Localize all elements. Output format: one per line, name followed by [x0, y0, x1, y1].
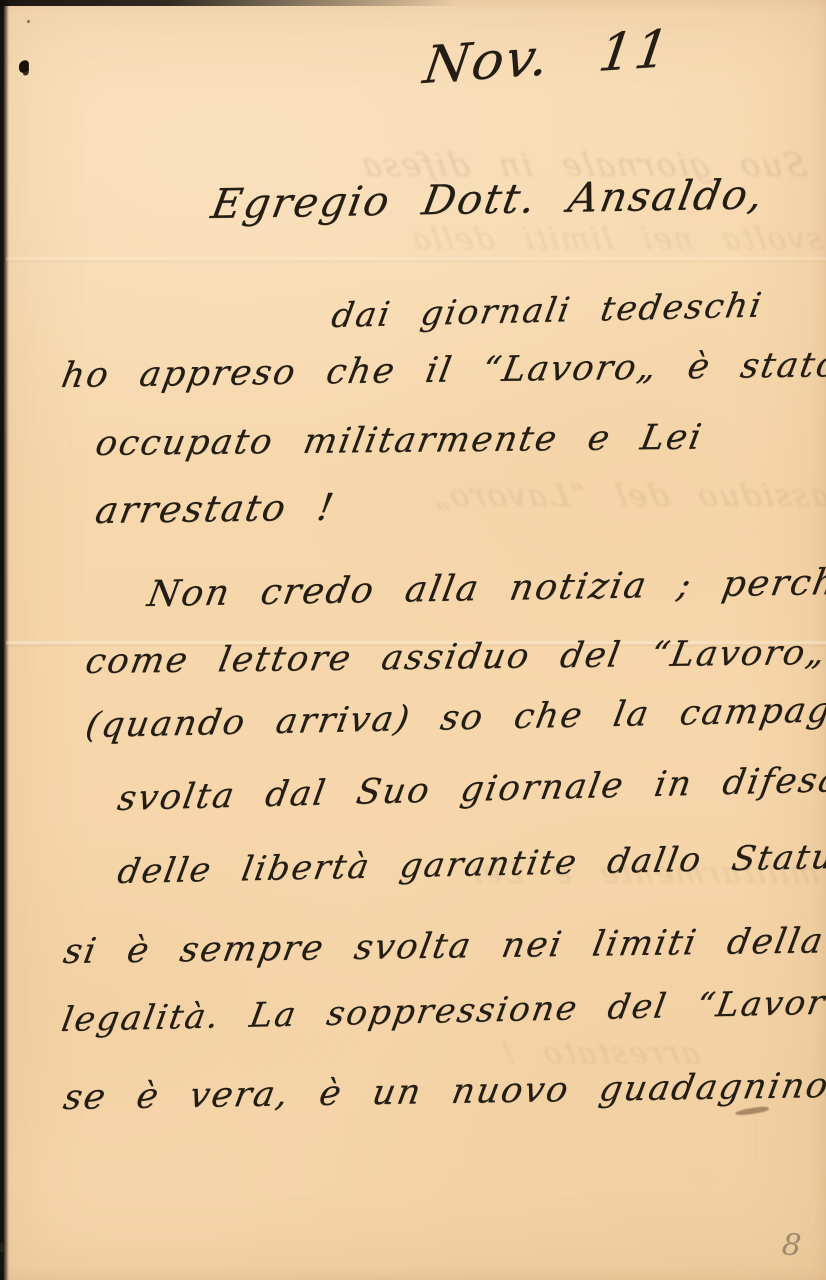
- bleed-through-text: arrestato !: [497, 1036, 703, 1071]
- body-line: se è vera, è un nuovo guadagnino: [60, 1066, 826, 1118]
- body-line: come lettore assiduo del “Lavoro„: [82, 633, 826, 682]
- body-line: dai giornali tedeschi: [329, 286, 766, 336]
- bleed-through-text: come lettore assiduo del “Lavoro„: [427, 478, 826, 514]
- body-line: svolta dal Suo giornale in difesa: [115, 760, 826, 819]
- date-line: Nov. 11: [420, 19, 675, 96]
- body-line: legalità. La soppressione del “Lavoro„,: [59, 982, 826, 1040]
- ink-speck: [0, 1243, 4, 1252]
- bleed-through-text: si è sempre svolta nei limiti della: [407, 222, 826, 257]
- body-line: ho appreso che il “Lavoro„ è stato: [58, 345, 826, 396]
- body-line: delle libertà garantite dallo Statuto: [115, 836, 826, 892]
- ink-speck: [27, 20, 30, 23]
- fold-crease-upper: [6, 256, 826, 263]
- body-line: si è sempre svolta nei limiti della: [60, 921, 826, 972]
- page-number: 8: [781, 1227, 803, 1264]
- body-line: Non credo alla notizia ; perché: [144, 562, 826, 615]
- body-line: (quando arriva) so che la campagna: [83, 689, 826, 746]
- salutation: Egregio Dott. Ansaldo,: [208, 170, 769, 228]
- scan-edge-top: [0, 0, 479, 6]
- letter-page: svolta dal Suo giornale in difesa si è s…: [0, 0, 826, 1280]
- ink-blot: [18, 59, 31, 74]
- body-line: occupato militarmente e Lei: [92, 418, 706, 464]
- body-line: arrestato !: [92, 486, 338, 532]
